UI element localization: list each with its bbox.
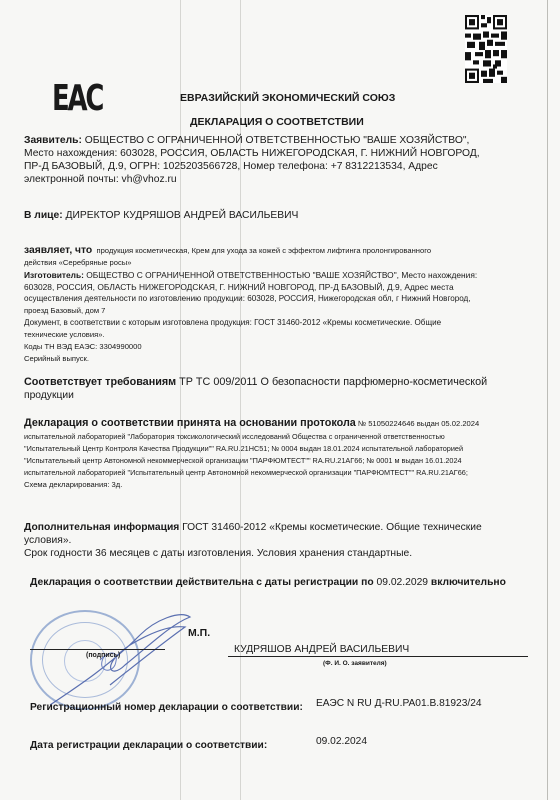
protocol-lab-1: испытательной лабораторией "Лаборатория … — [24, 431, 524, 443]
protocol-ref: № 51050224646 выдан 05.02.2024 — [356, 419, 479, 428]
protocol-section: Декларация о соответствии принята на осн… — [24, 413, 524, 491]
additional-section: Дополнительная информация ГОСТ 31460-201… — [24, 521, 524, 560]
declares-section: заявляет, что продукция косметическая, К… — [24, 245, 524, 365]
applicant-address: Место нахождения: 603028, РОССИЯ, ОБЛАСТ… — [24, 147, 524, 160]
shelf-life: Срок годности 36 месяцев с даты изготовл… — [24, 547, 524, 560]
validity-suffix: включительно — [431, 577, 506, 588]
represented-section: В лице: ДИРЕКТОР КУДРЯШОВ АНДРЕЙ ВАСИЛЬЕ… — [24, 209, 524, 222]
represented-value: ДИРЕКТОР КУДРЯШОВ АНДРЕЙ ВАСИЛЬЕВИЧ — [63, 210, 299, 221]
applicant-section: Заявитель: ОБЩЕСТВО С ОГРАНИЧЕННОЙ ОТВЕТ… — [24, 134, 524, 186]
additional-standard: ГОСТ 31460-2012 «Кремы косметические. Об… — [179, 522, 481, 533]
handwritten-signature — [40, 605, 200, 715]
tn-ved-codes: Коды ТН ВЭД ЕАЭС: 3304990000 — [24, 341, 524, 353]
reg-date-value: 09.02.2024 — [316, 736, 367, 747]
stamp-place-label: М.П. — [188, 627, 210, 639]
standard-document-cont: технические условия». — [24, 329, 524, 341]
protocol-lab-4: испытательной лабораторией "Испытательны… — [24, 467, 524, 479]
name-line — [228, 656, 528, 657]
applicant-ogrn-phone: ПР-Д БАЗОВЫЙ, Д.9, ОГРН: 1025203566728, … — [24, 160, 524, 173]
production-address: осуществления деятельности по изготовлен… — [24, 293, 524, 305]
validity-section: Декларация о соответствии действительна … — [30, 576, 550, 589]
conforms-label: Соответствует требованиям — [24, 376, 176, 388]
applicant-fullname: КУДРЯШОВ АНДРЕЙ ВАСИЛЬЕВИЧ — [234, 644, 409, 655]
additional-standard-cont: условия». — [24, 534, 524, 547]
declares-label: заявляет, что — [24, 245, 92, 256]
protocol-lab-2: "Испытательный Центр Контроля Качества П… — [24, 443, 524, 455]
manufacturer-address: 603028, РОССИЯ, ОБЛАСТЬ НИЖЕГОРОДСКАЯ, Г… — [24, 281, 524, 293]
protocol-lab-3: "Испытательный центр Автономной некоммер… — [24, 455, 524, 467]
reg-number-label: Регистрационный номер декларации о соотв… — [30, 702, 303, 713]
applicant-name: ОБЩЕСТВО С ОГРАНИЧЕННОЙ ОТВЕТСТВЕННОСТЬЮ… — [82, 135, 469, 146]
signature-line — [30, 649, 165, 650]
applicant-label: Заявитель: — [24, 135, 82, 146]
represented-label: В лице: — [24, 210, 63, 221]
product-name: действия «Серебряные росы» — [24, 257, 524, 269]
eac-logo: EAC — [62, 82, 92, 116]
validity-date: 09.02.2029 — [374, 577, 431, 588]
tech-regulation-cont: продукции — [24, 389, 524, 402]
validity-label: Декларация о соответствии действительна … — [30, 577, 374, 588]
conforms-section: Соответствует требованиям ТР ТС 009/2011… — [24, 376, 524, 402]
standard-document: Документ, в соответствии с которым изгот… — [24, 317, 524, 329]
name-caption: (Ф. И. О. заявителя) — [323, 660, 387, 667]
protocol-label: Декларация о соответствии принята на осн… — [24, 417, 356, 429]
declaration-scheme: Схема декларирования: 3д. — [24, 479, 524, 491]
qr-code-icon — [465, 15, 507, 83]
manufacturer-label: Изготовитель: — [24, 270, 84, 280]
signature-caption: (подпись) — [86, 652, 120, 659]
tech-regulation: ТР ТС 009/2011 О безопасности парфюмерно… — [176, 376, 487, 388]
reg-date-label: Дата регистрации декларации о соответств… — [30, 740, 267, 751]
page-border — [547, 0, 548, 800]
additional-label: Дополнительная информация — [24, 522, 179, 533]
union-title: ЕВРАЗИЙСКИЙ ЭКОНОМИЧЕСКИЙ СОЮЗ — [180, 92, 395, 104]
doc-title: ДЕКЛАРАЦИЯ О СООТВЕТСТВИИ — [190, 116, 364, 128]
manufacturer-name: ОБЩЕСТВО С ОГРАНИЧЕННОЙ ОТВЕТСТВЕННОСТЬЮ… — [84, 270, 477, 280]
production-address-cont: проезд Базовый, дом 7 — [24, 305, 524, 317]
reg-number-value: ЕАЭС N RU Д-RU.PA01.B.81923/24 — [316, 698, 482, 709]
serial-release: Серийный выпуск. — [24, 353, 524, 365]
applicant-email: электронной почты: vh@vhoz.ru — [24, 173, 524, 186]
product-description: продукция косметическая, Крем для ухода … — [96, 246, 431, 255]
